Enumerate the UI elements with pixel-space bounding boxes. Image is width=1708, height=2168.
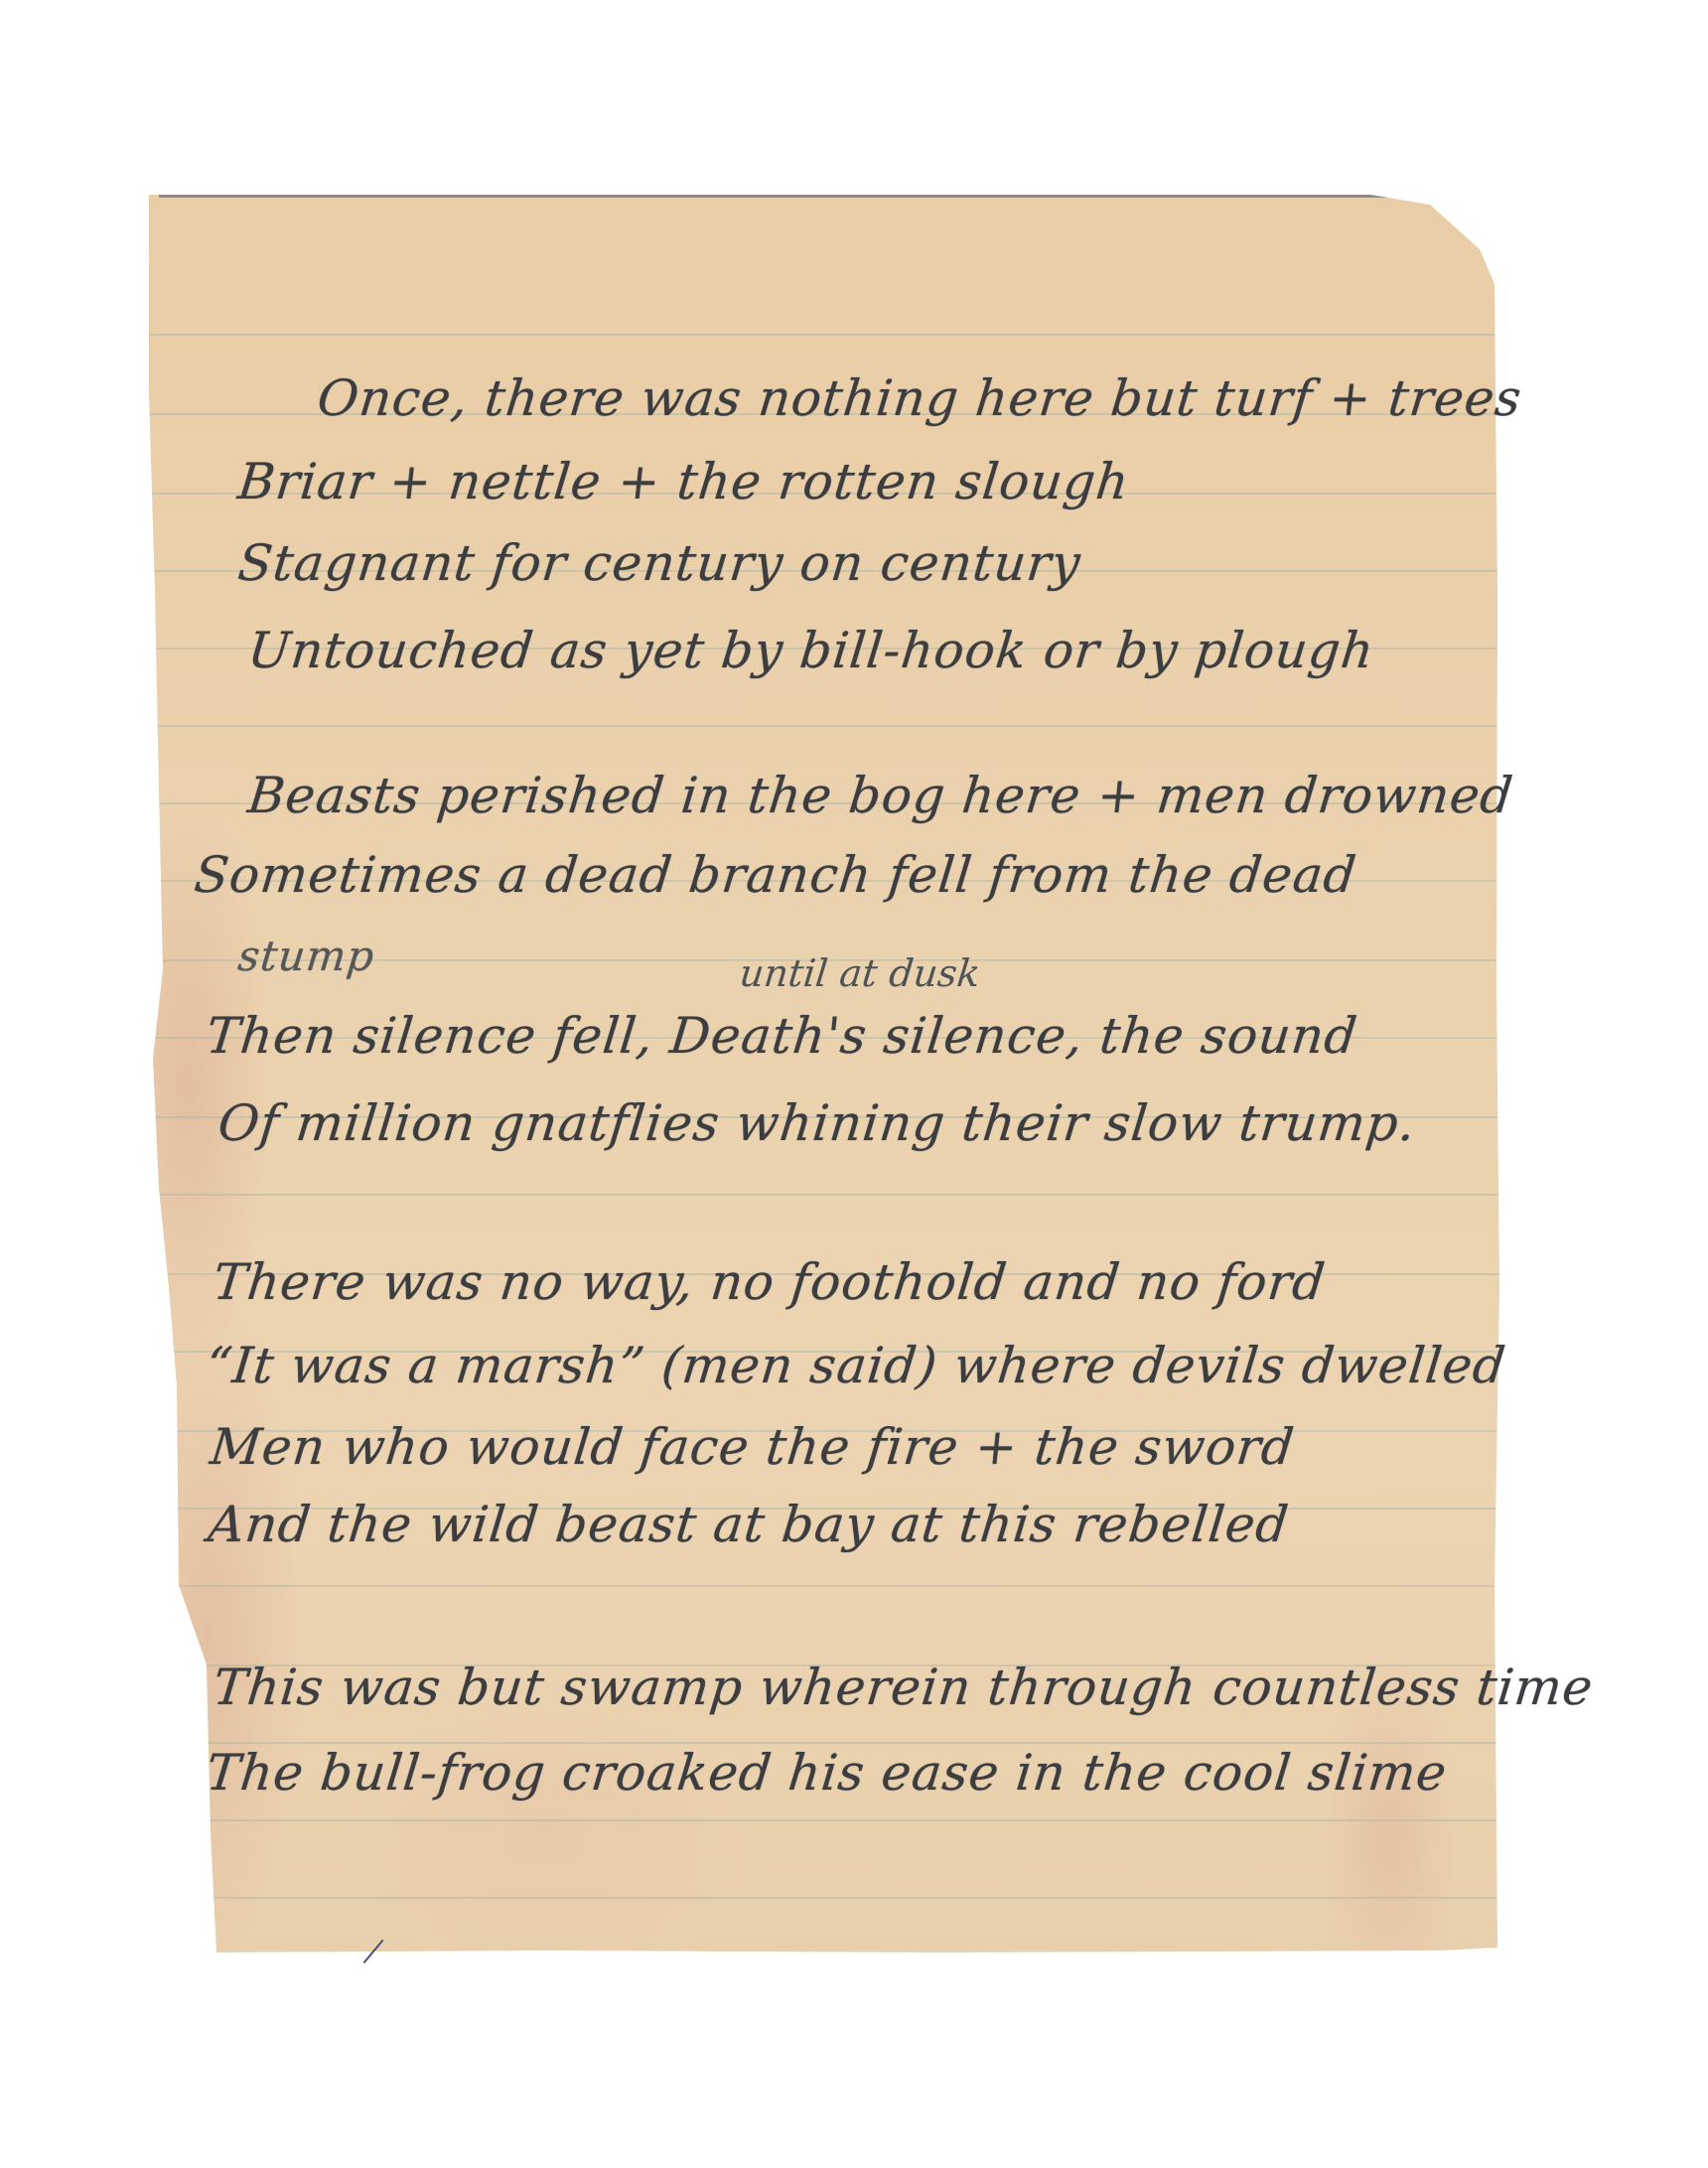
ruled-line [149,1585,1499,1587]
poem-line: Briar + nettle + the rotten slough [235,453,1132,510]
poem-line: Beasts perished in the bog here + men dr… [245,767,1516,824]
poem-line: And the wild beast at bay at this rebell… [206,1496,1292,1553]
poem-line-continuation: stump [235,932,376,980]
poem-line: There was no way, no foothold and no for… [211,1253,1329,1311]
ruled-line [149,1897,1499,1899]
poem-line: Once, there was nothing here but turf + … [315,369,1524,427]
poem-line: “It was a marsh” (men said) where devils… [204,1337,1509,1394]
ruled-line [149,1819,1499,1821]
poem-line: Untouched as yet by bill-hook or by plou… [245,622,1377,679]
poem-line: Sometimes a dead branch fell from the de… [192,846,1359,904]
poem-line: This was but swamp wherein through count… [211,1659,1596,1716]
ruled-line [149,334,1499,336]
poem-line: The bull-frog croaked his ease in the co… [204,1744,1450,1802]
ruled-line [149,725,1499,727]
interlinear-insertion: until at dusk [738,951,983,995]
poem-line: Stagnant for century on century [235,534,1083,592]
ruled-line [149,1194,1499,1196]
poem-line: Men who would face the fire + the sword [208,1418,1297,1476]
poem-line: Then silence fell, Death's silence, the … [204,1007,1360,1065]
poem-line: Of million gnatflies whining their slow … [215,1094,1419,1152]
